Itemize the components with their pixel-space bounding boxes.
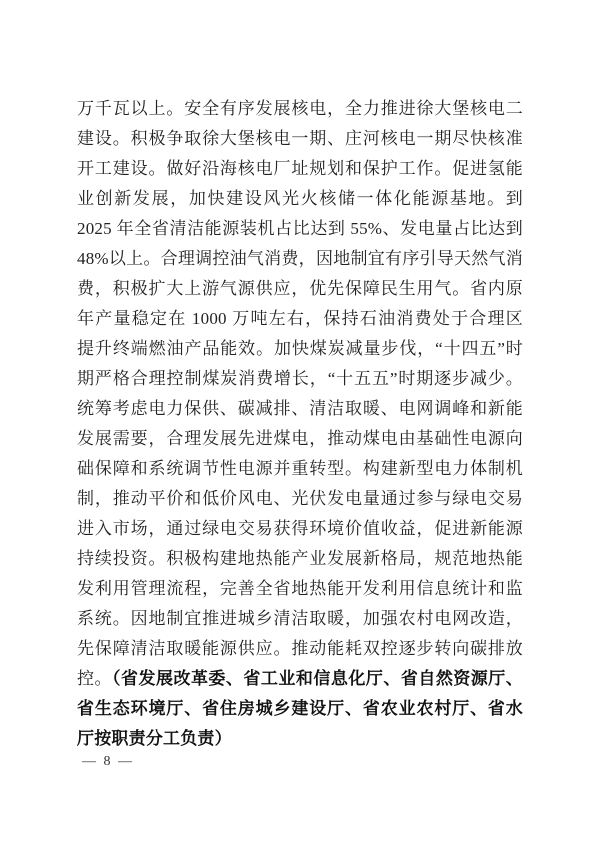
text-line: 厅按职责分工负责） xyxy=(77,724,523,754)
text-segment: 48%以上。合理调控油气消费，因地制宜有序引导天然气消 xyxy=(77,249,523,268)
document-page: 万千瓦以上。安全有序发展核电，全力推进徐大堡核电二期建设。积极争取徐大堡核电一期… xyxy=(0,0,600,848)
text-segment: 开工建设。做好沿海核电厂址规划和保护工作。促进氢能产 xyxy=(77,159,523,184)
bold-text-segment: （省发展改革委、省工业和信息化厅、省自然资源厅、 xyxy=(112,669,523,688)
text-segment: 控。 xyxy=(77,669,112,688)
text-segment: 进入市场，通过绿电交易获得环境价值收益，促进新能源可 xyxy=(77,519,523,544)
text-segment: 建设。积极争取徐大堡核电一期、庄河核电一期尽快核准并 xyxy=(77,129,523,154)
text-line: 发展需要，合理发展先进煤电，推动煤电由基础性电源向基 xyxy=(77,424,523,454)
bold-text-segment: 厅按职责分工负责） xyxy=(77,729,232,748)
text-line: 开工建设。做好沿海核电厂址规划和保护工作。促进氢能产 xyxy=(77,154,523,184)
text-line: 系统。因地制宜推进城乡清洁取暖，加强农村电网改造，优 xyxy=(77,604,523,634)
text-segment: 2025 年全省清洁能源装机占比达到 55%、发电量占比达到 xyxy=(77,219,523,238)
text-segment: 系统。因地制宜推进城乡清洁取暖，加强农村电网改造，优 xyxy=(77,609,523,634)
text-line: 建设。积极争取徐大堡核电一期、庄河核电一期尽快核准并 xyxy=(77,124,523,154)
text-line: 础保障和系统调节性电源并重转型。构建新型电力体制机 xyxy=(77,454,523,484)
text-segment: 先保障清洁取暖能源供应。推动能耗双控逐步转向碳排放双 xyxy=(77,639,523,664)
text-line: 发利用管理流程，完善全省地热能开发利用信息统计和监测 xyxy=(77,574,523,604)
text-line: 2025 年全省清洁能源装机占比达到 55%、发电量占比达到 xyxy=(77,214,523,244)
text-line: 持续投资。积极构建地热能产业发展新格局，规范地热能开 xyxy=(77,544,523,574)
text-segment: 业创新发展，加快建设风光火核储一体化能源基地。到 xyxy=(77,189,523,208)
text-line: 期严格合理控制煤炭消费增长，“十五五”时期逐步减少。 xyxy=(77,364,523,394)
text-line: 48%以上。合理调控油气消费，因地制宜有序引导天然气消 xyxy=(77,244,523,274)
text-segment: 持续投资。积极构建地热能产业发展新格局，规范地热能开 xyxy=(77,549,523,574)
text-segment: 制，推动平价和低价风电、光伏发电量通过参与绿电交易等 xyxy=(77,489,523,514)
document-body: 万千瓦以上。安全有序发展核电，全力推进徐大堡核电二期建设。积极争取徐大堡核电一期… xyxy=(77,94,523,754)
text-segment: 年产量稳定在 1000 万吨左右，保持石油消费处于合理区间， xyxy=(77,309,523,334)
text-line: 万千瓦以上。安全有序发展核电，全力推进徐大堡核电二期 xyxy=(77,94,523,124)
text-line: 业创新发展，加快建设风光火核储一体化能源基地。到 xyxy=(77,184,523,214)
text-segment: 发展需要，合理发展先进煤电，推动煤电由基础性电源向基 xyxy=(77,429,523,454)
text-line: 进入市场，通过绿电交易获得环境价值收益，促进新能源可 xyxy=(77,514,523,544)
text-line: 提升终端燃油产品能效。加快煤炭减量步伐，“十四五”时 xyxy=(77,334,523,364)
text-line: 先保障清洁取暖能源供应。推动能耗双控逐步转向碳排放双 xyxy=(77,634,523,664)
text-segment: 础保障和系统调节性电源并重转型。构建新型电力体制机 xyxy=(77,459,523,478)
text-line: 制，推动平价和低价风电、光伏发电量通过参与绿电交易等 xyxy=(77,484,523,514)
text-line: 统筹考虑电力保供、碳减排、清洁取暖、电网调峰和新能源 xyxy=(77,394,523,424)
text-line: 年产量稳定在 1000 万吨左右，保持石油消费处于合理区间， xyxy=(77,304,523,334)
page-number: — 8 — xyxy=(82,754,134,770)
text-line: 控。（省发展改革委、省工业和信息化厅、省自然资源厅、 xyxy=(77,664,523,694)
text-segment: 统筹考虑电力保供、碳减排、清洁取暖、电网调峰和新能源 xyxy=(77,399,523,424)
text-segment: 发利用管理流程，完善全省地热能开发利用信息统计和监测 xyxy=(77,579,523,604)
text-segment: 期严格合理控制煤炭消费增长，“十五五”时期逐步减少。 xyxy=(77,369,523,388)
text-segment: 提升终端燃油产品能效。加快煤炭减量步伐，“十四五”时 xyxy=(77,339,523,358)
text-segment: 万千瓦以上。安全有序发展核电，全力推进徐大堡核电二期 xyxy=(77,99,523,124)
text-line: 省生态环境厅、省住房城乡建设厅、省农业农村厅、省水利 xyxy=(77,694,523,724)
text-line: 费，积极扩大上游气源供应，优先保障民生用气。省内原油 xyxy=(77,274,523,304)
bold-text-segment: 省生态环境厅、省住房城乡建设厅、省农业农村厅、省水利 xyxy=(77,699,523,724)
text-segment: 费，积极扩大上游气源供应，优先保障民生用气。省内原油 xyxy=(77,279,523,304)
